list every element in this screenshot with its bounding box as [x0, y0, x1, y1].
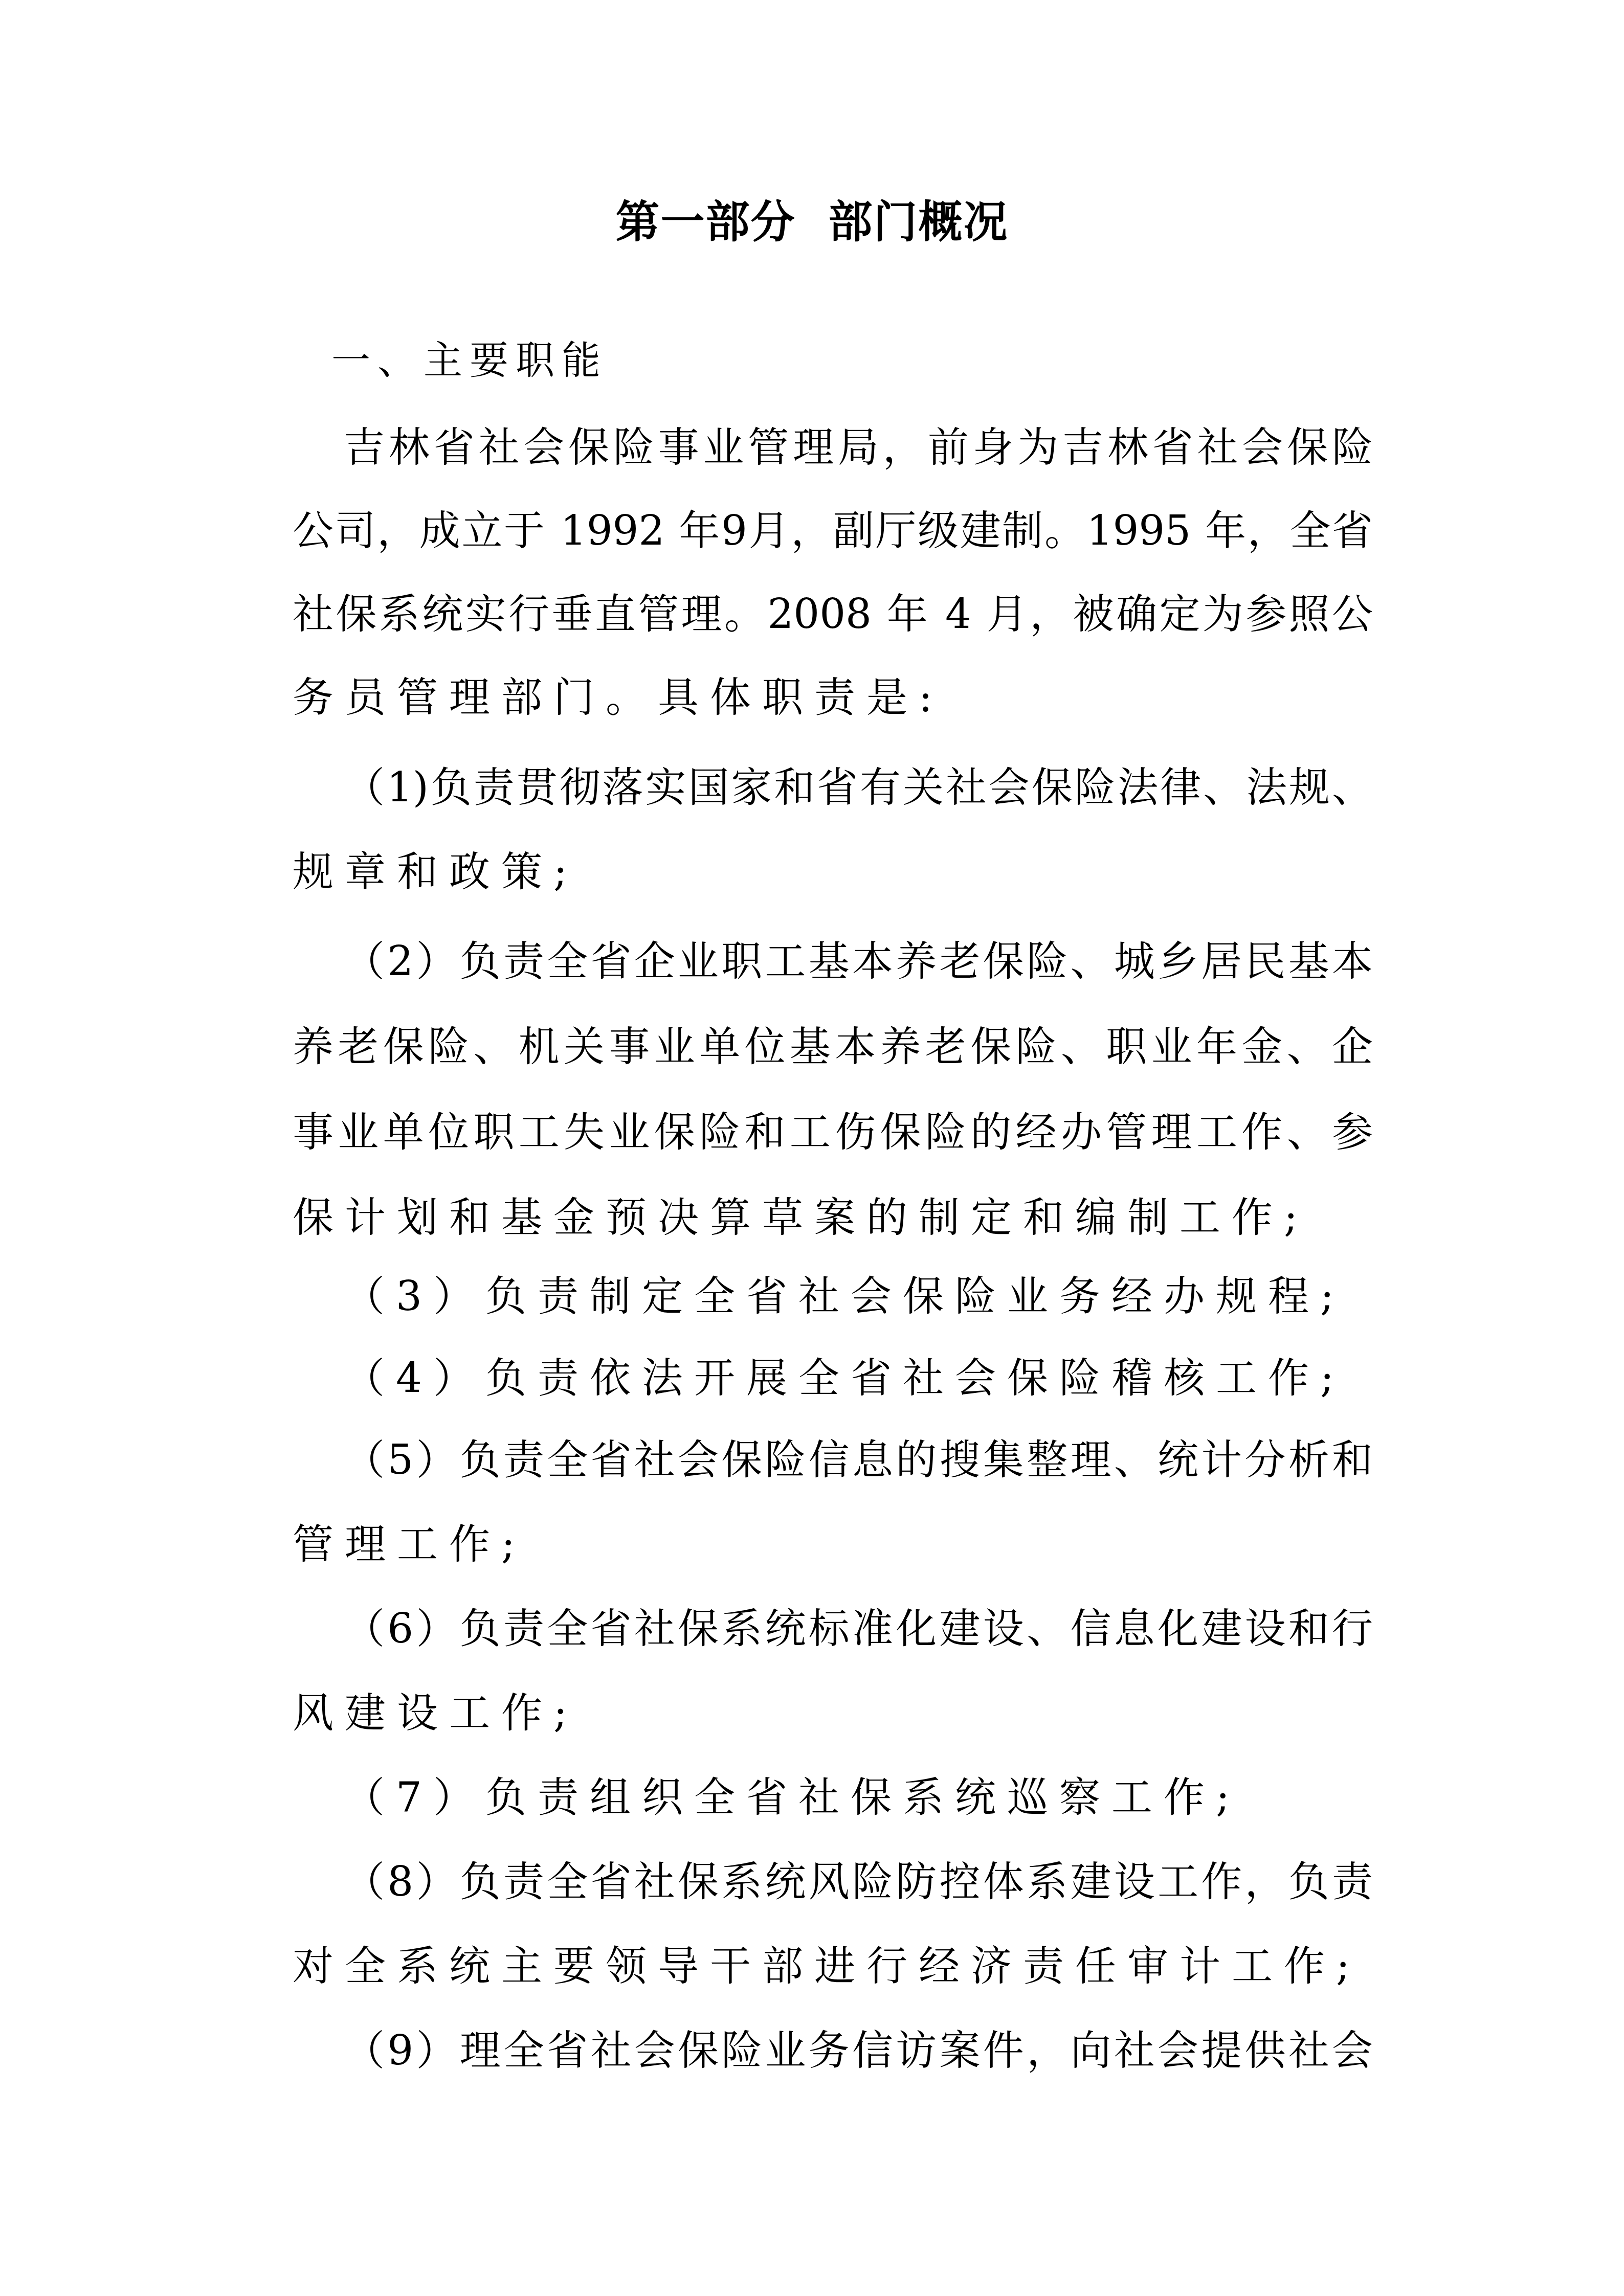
duty-2-line-1: （2）负责全省企业职工基本养老保险、城乡居民基本	[344, 936, 1373, 987]
duty-3-line-1: （3）负责制定全省社会保险业务经办规程;	[344, 1271, 1373, 1322]
page-title: 第一部分 部门概况	[0, 197, 1624, 248]
duty-1-line-1: （1)负责贯彻落实国家和省有关社会保险法律、法规、	[344, 762, 1373, 813]
duty-4-line-1: （4）负责依法开展全省社会保险稽核工作;	[344, 1353, 1373, 1404]
intro-line-4: 务员管理部门。具体职责是:	[293, 672, 1373, 723]
duty-5-line-1: （5）负责全省社会保险信息的搜集整理、统计分析和	[344, 1434, 1373, 1485]
duty-8-line-1: （8）负责全省社保系统风险防控体系建设工作，负责	[344, 1856, 1373, 1907]
duty-6-line-2: 风建设工作;	[293, 1687, 1373, 1739]
duty-5-line-2: 管理工作;	[293, 1519, 1373, 1570]
duty-9-line-1: （9）理全省社会保险业务信访案件，向社会提供社会	[344, 2025, 1373, 2076]
duty-2-line-4: 保计划和基金预决算草案的制定和编制工作;	[293, 1192, 1373, 1243]
duty-1-line-2: 规章和政策;	[293, 846, 1373, 897]
duty-2-line-3: 事业单位职工失业保险和工伤保险的经办管理工作、参	[293, 1107, 1373, 1158]
intro-line-3: 社保系统实行垂直管理。2008 年 4 月，被确定为参照公	[293, 589, 1373, 640]
section-heading: 一、主要职能	[331, 335, 608, 386]
duty-2-line-2: 养老保险、机关事业单位基本养老保险、职业年金、企	[293, 1021, 1373, 1072]
intro-line-2: 公司，成立于 1992 年9月，副厅级建制。1995 年，全省	[293, 505, 1373, 556]
intro-line-1: 吉林省社会保险事业管理局，前身为吉林省社会保险	[344, 422, 1373, 473]
duty-6-line-1: （6）负责全省社保系统标准化建设、信息化建设和行	[344, 1603, 1373, 1654]
document-page: 第一部分 部门概况 一、主要职能 吉林省社会保险事业管理局，前身为吉林省社会保险…	[0, 0, 1624, 2296]
duty-8-line-2: 对全系统主要领导干部进行经济责任审计工作;	[293, 1941, 1373, 1992]
duty-7-line-1: （7）负责组织全省社保系统巡察工作;	[344, 1772, 1373, 1823]
